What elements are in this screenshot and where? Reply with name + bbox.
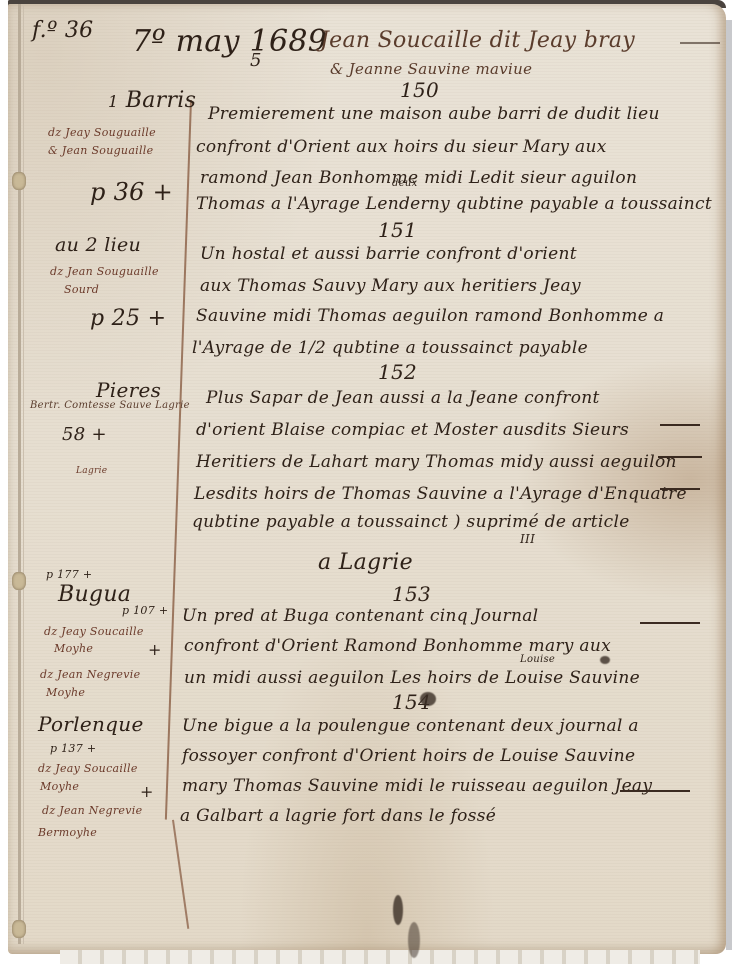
page-bottom-edge — [60, 950, 700, 964]
margin-reference: p 36 + — [90, 178, 173, 206]
interlinear-note: Louise — [520, 654, 555, 665]
article-line: ramond Jean Bonhomme midi Ledit sieur ag… — [200, 168, 637, 188]
margin-place-bugua: Bugua — [58, 582, 131, 607]
folio-number: f.º 36 — [32, 18, 93, 43]
margin-note: & Jean Souguaille — [48, 144, 153, 157]
line-filler-dash — [660, 424, 700, 426]
article-line: Un pred at Buga contenant cinq Journal — [182, 606, 538, 626]
binding-knot — [12, 172, 26, 190]
margin-note: dz Jeay Soucaille — [38, 762, 138, 775]
margin-place-porlenque: Porlenque — [38, 712, 144, 736]
date-correction: 5 — [250, 50, 262, 71]
article-line: confront d'Orient Ramond Bonhomme mary a… — [184, 636, 611, 656]
margin-place-barris: 1 Barris — [108, 88, 196, 113]
margin-note: Moyhe — [40, 780, 79, 793]
line-filler-dash — [660, 488, 700, 490]
ink-blot — [408, 922, 420, 958]
article-line: a Galbart a lagrie fort dans le fossé — [180, 806, 496, 826]
article-line: l'Ayrage de 1/2 qubtine a toussainct pay… — [192, 338, 588, 358]
interlinear-note: deux — [392, 178, 418, 189]
article-number: 152 — [378, 360, 417, 384]
article-line: Une bigue a la poulengue contenant deux … — [182, 716, 639, 736]
article-number: 150 — [400, 78, 439, 102]
article-line: un midi aussi aeguilon Les hoirs de Loui… — [184, 668, 640, 688]
line-filler-dash — [640, 622, 700, 624]
binding-thread — [18, 4, 21, 944]
article-mark: III — [520, 532, 535, 546]
binding-knot — [12, 572, 26, 590]
margin-note: Moyhe — [46, 686, 85, 699]
margin-reference: p 107 + — [122, 604, 168, 617]
owner-name-line1: Jean Soucaille dit Jeay bray — [320, 28, 635, 53]
article-number: 151 — [378, 218, 417, 242]
article-line: d'orient Blaise compiac et Moster ausdit… — [196, 420, 629, 440]
article-line: Heritiers de Lahart mary Thomas midy aus… — [196, 452, 677, 472]
margin-note: Moyhe — [54, 642, 93, 655]
margin-reference: 58 + — [62, 424, 107, 445]
article-line: aux Thomas Sauvy Mary aux heritiers Jeay — [200, 276, 581, 296]
ink-blot — [393, 895, 403, 925]
article-line: Sauvine midi Thomas aeguilon ramond Bonh… — [196, 306, 664, 326]
article-line: mary Thomas Sauvine midi le ruisseau aeg… — [182, 776, 652, 796]
ink-blot — [420, 692, 436, 706]
margin-note: Sourd — [64, 283, 99, 296]
line-filler-dash — [620, 790, 690, 792]
article-line: fossoyer confront d'Orient hoirs de Loui… — [182, 746, 635, 766]
binding-fold — [23, 4, 24, 944]
article-line: Un hostal et aussi barrie confront d'ori… — [200, 244, 577, 264]
ink-blot — [600, 656, 610, 664]
article-line: Thomas a l'Ayrage Lenderny qubtine payab… — [196, 194, 712, 214]
article-line: confront d'Orient aux hoirs du sieur Mar… — [196, 137, 607, 157]
margin-note: dz Jean Negrevie — [42, 804, 142, 817]
margin-cross: + — [148, 640, 162, 659]
owner-name-line2: & Jeanne Sauvine maviue — [330, 60, 532, 78]
margin-prefix: p 177 + — [46, 568, 92, 581]
margin-note: Bermoyhe — [38, 826, 97, 839]
section-heading: a Lagrie — [318, 550, 413, 575]
binding-knot — [12, 920, 26, 938]
article-line: qubtine payable a toussainct ) suprimé d… — [192, 512, 630, 532]
page-right-edge — [726, 20, 732, 950]
article-line: Plus Sapar de Jean aussi a la Jeane conf… — [206, 388, 600, 408]
margin-note: dz Jeay Souguaille — [48, 126, 156, 139]
margin-place-au-2-lieu: au 2 lieu — [55, 234, 141, 256]
line-filler-dash — [658, 456, 702, 458]
line-filler-dash — [680, 42, 720, 44]
margin-prefix: p 137 + — [50, 742, 96, 755]
margin-cross: + — [140, 782, 154, 801]
margin-note: dz Jean Negrevie — [40, 668, 140, 681]
margin-note: dz Jeay Soucaille — [44, 625, 144, 638]
margin-note-small: Lagrie — [76, 466, 107, 476]
margin-reference: p 25 + — [90, 306, 166, 331]
article-line: Lesdits hoirs de Thomas Sauvine a l'Ayra… — [194, 484, 687, 504]
margin-note: Bertr. Comtesse Sauve Lagrie — [30, 400, 190, 411]
margin-note: dz Jean Souguaille — [50, 265, 159, 278]
margin-place-pieres: Pieres — [96, 378, 161, 402]
article-number: 153 — [392, 582, 431, 606]
entry-date: 7º may 1689 — [132, 24, 327, 59]
article-line: Premierement une maison aube barri de du… — [208, 104, 660, 124]
